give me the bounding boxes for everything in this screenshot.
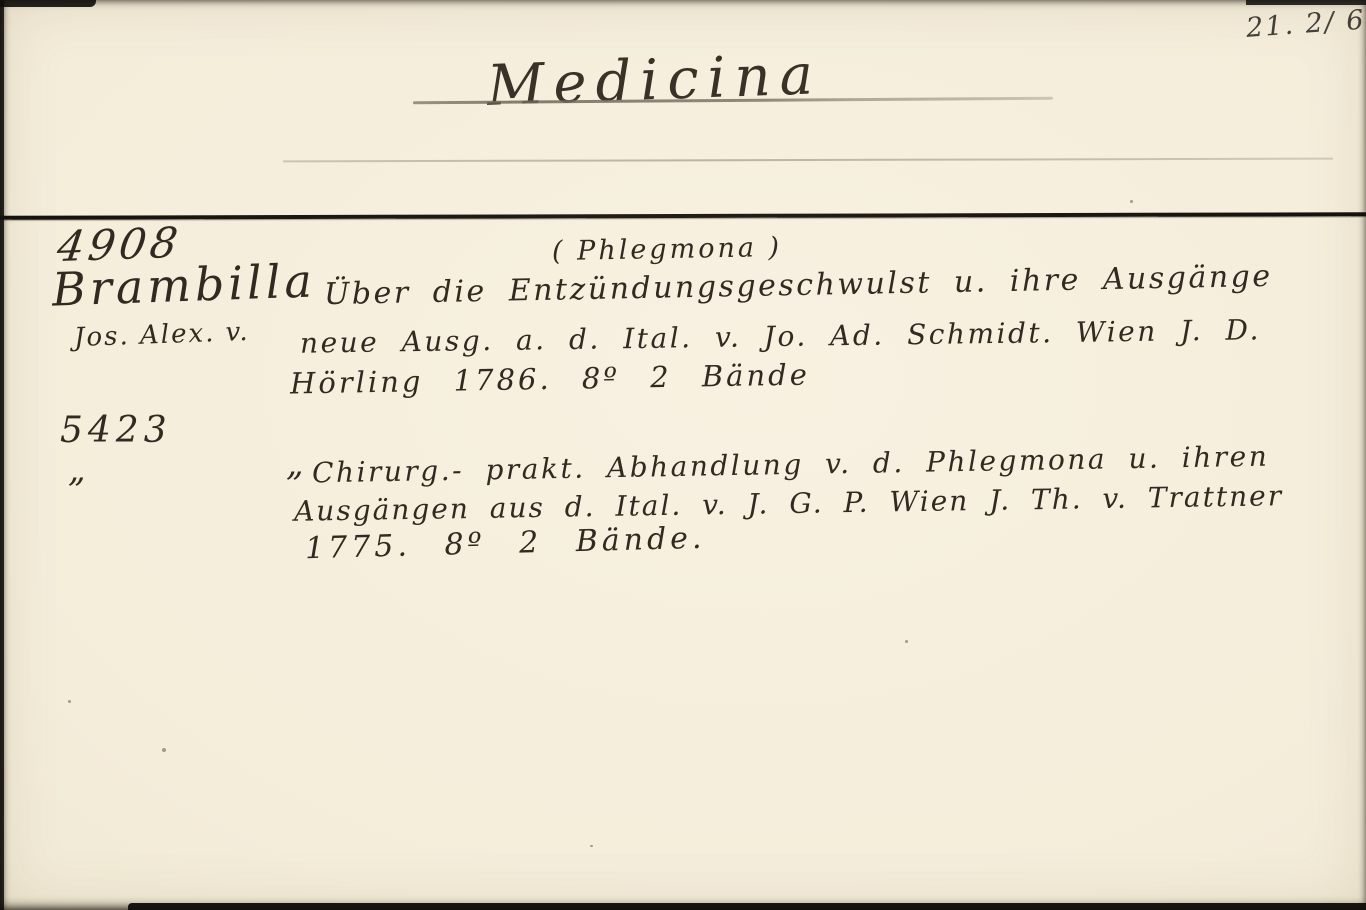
- entry1-title-line2: neue Ausg. a. d. Ital. v. Jo. Ad. Schmid…: [300, 313, 1261, 359]
- catalog-card: 21. 2/ 60 Medicina 4908 ( Phlegmona ) Br…: [0, 0, 1366, 910]
- shelf-mark-note: 21. 2/ 60: [1245, 3, 1366, 44]
- entry1-author-given-names: Jos. Alex. v.: [74, 317, 250, 353]
- entry1-title-line1: Über die Entzündungsgeschwulst u. ihre A…: [324, 259, 1273, 312]
- entry1-imprint-line: Hörling 1786. 8º 2 Bände: [290, 357, 810, 400]
- photo-edge-shadow: [0, 0, 96, 7]
- paper-speck: [162, 748, 166, 752]
- entry1-author-surname: Brambilla: [51, 253, 317, 316]
- paper-speck: [590, 845, 593, 847]
- entry2-text-ditto-mark: „: [286, 444, 304, 484]
- photo-edge-shadow: [0, 0, 4, 910]
- entry2-catalog-number: 5423: [60, 410, 172, 451]
- photo-edge-shadow: [128, 903, 1366, 910]
- entry1-subject-annotation: ( Phlegmona ): [552, 232, 783, 267]
- entry2-author-ditto-mark: „: [68, 450, 86, 490]
- header-rule: [0, 212, 1366, 220]
- paper-speck: [68, 700, 71, 703]
- photo-edge-shadow: [1246, 0, 1366, 5]
- blank-ruled-line: [283, 158, 1333, 163]
- scanned-catalog-card-photo: 21. 2/ 60 Medicina 4908 ( Phlegmona ) Br…: [0, 0, 1366, 910]
- card-title: Medicina: [486, 42, 823, 119]
- paper-speck: [905, 640, 908, 643]
- paper-speck: [1130, 200, 1133, 203]
- entry2-imprint-line: 1775. 8º 2 Bände.: [305, 521, 706, 566]
